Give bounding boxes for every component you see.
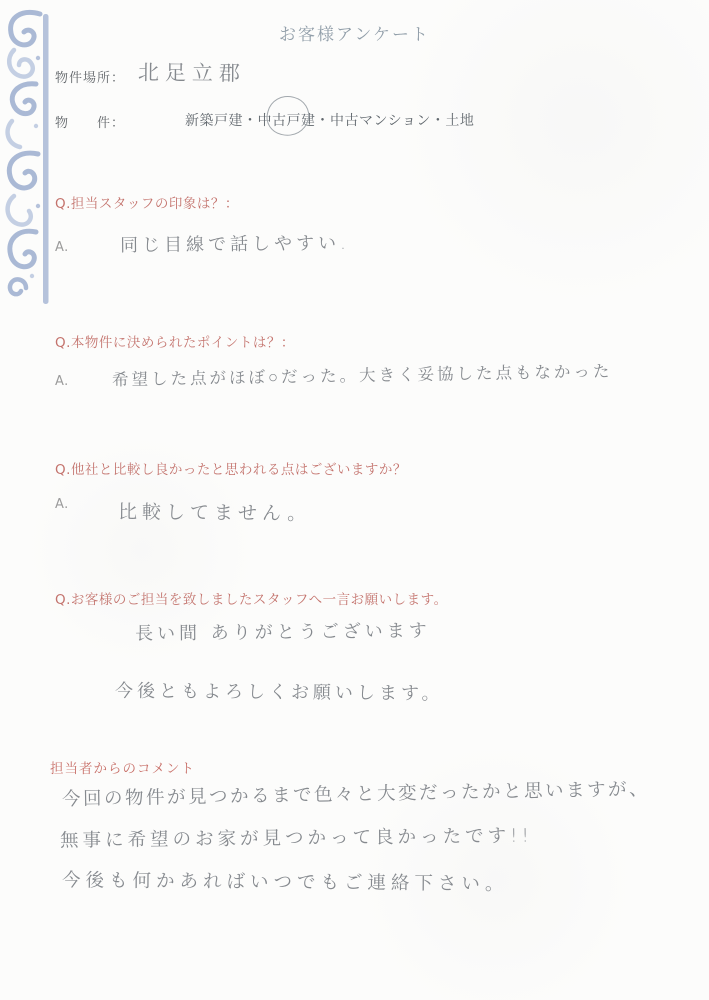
answer-4-handwriting-line-2: 今後ともよろしくお願いします。 [115, 677, 444, 706]
page-title: お客様アンケート [0, 20, 709, 45]
staff-comment-line-2: 無事に希望のお家が見つかって良かったです!! [60, 822, 533, 853]
question-4: Q.お客様のご担当を致しましたスタッフへ一言お願いします。 [55, 588, 448, 608]
staff-comment-line-1: 今回の物件が見つかるまで色々と大変だったかと思いますが、 [62, 775, 650, 811]
question-2: Q.本物件に決められたポイントは？： [55, 331, 295, 351]
answer-1-label: A. [55, 240, 69, 255]
location-label: 物件場所： [55, 67, 125, 86]
floral-border-ornament [2, 6, 52, 306]
answer-1-handwriting: 同じ目線で話しやすい. [120, 229, 350, 257]
answer-3-label: A. [55, 497, 69, 512]
property-options: 新築戸建・中古戸建・中古マンション・土地 [185, 110, 474, 130]
answer-3-handwriting: 比較してません。 [118, 497, 311, 526]
location-handwritten-value: 北足立郡 [138, 57, 246, 88]
answer-2-handwriting: 希望した点がほぼ○だった。大きく妥協した点もなかった [112, 358, 613, 391]
staff-comment-line-3: 今後も何かあればいつでもご連絡下さい。 [62, 866, 509, 896]
staff-comment-header: 担当者からのコメント [50, 757, 195, 777]
question-1: Q.担当スタッフの印象は？： [55, 192, 239, 212]
answer-4-handwriting-line-1: 長い間 ありがとうございます [135, 616, 431, 645]
handwritten-circle-annotation [263, 92, 313, 141]
survey-page: お客様アンケート 物件場所： 北足立郡 物 件： 新築戸建・中古戸建・中古マンシ… [0, 0, 709, 1000]
property-label: 物 件： [55, 112, 125, 131]
question-3: Q.他社と比較し良かったと思われる点はございますか？ [55, 458, 407, 478]
answer-2-label: A. [55, 374, 69, 389]
